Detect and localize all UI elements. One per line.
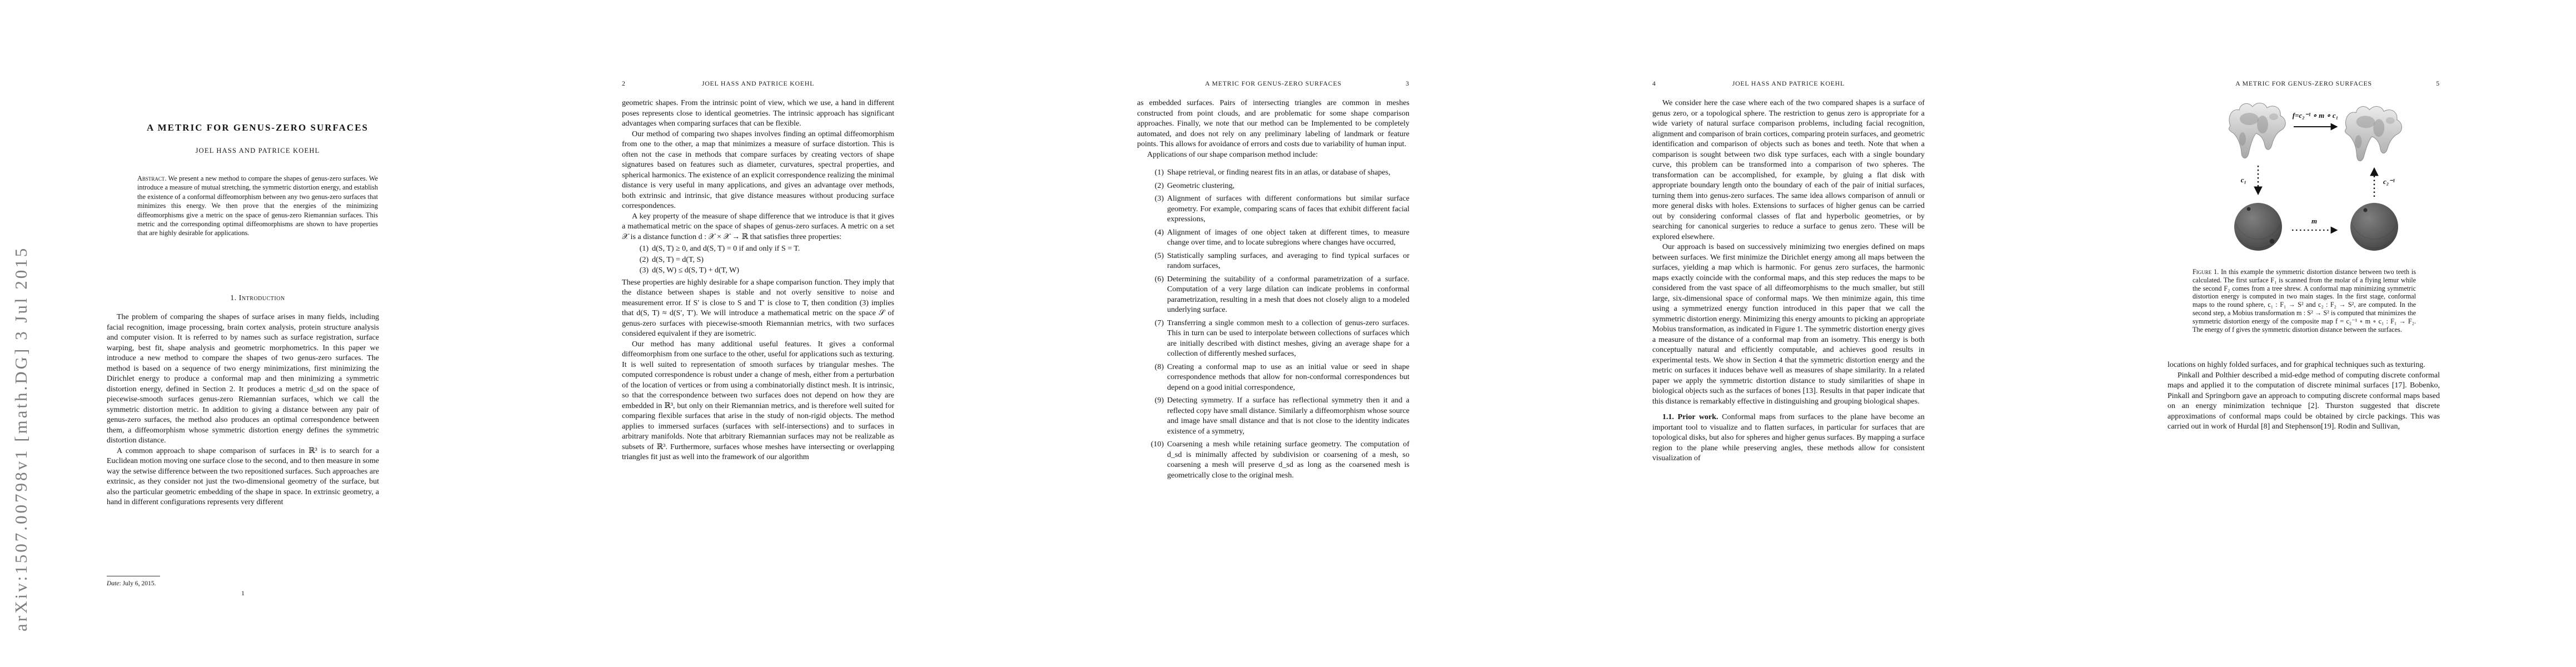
list-item-label: (2) xyxy=(626,255,649,266)
page-4: 4 JOEL HASS AND PATRICE KOEHL We conside… xyxy=(1546,0,2061,667)
date-value: : July 6, 2015. xyxy=(119,580,156,587)
list-item-label: (1) xyxy=(626,244,649,255)
running-head: 4 JOEL HASS AND PATRICE KOEHL xyxy=(1652,79,1925,88)
footnote-rule xyxy=(107,576,160,576)
sphere-left xyxy=(2234,203,2282,251)
figure-caption: Figure 1. In this example the symmetric … xyxy=(2193,268,2416,333)
list-item-text: Statistically sampling surfaces, and ave… xyxy=(1167,252,1409,271)
list-item-text: Detecting symmetry. If a surface has ref… xyxy=(1167,396,1409,436)
paragraph: A key property of the measure of shape d… xyxy=(622,212,894,243)
page-5: A METRIC FOR GENUS-ZERO SURFACES 5 xyxy=(2061,0,2576,667)
paragraph: as embedded surfaces. Pairs of intersect… xyxy=(1137,98,1409,150)
document-strip: arXiv:1507.00798v1 [math.DG] 3 Jul 2015 … xyxy=(0,0,2576,667)
list-item-text: Creating a conformal map to use as an in… xyxy=(1167,363,1409,392)
list-item-label: (5) xyxy=(1142,251,1164,262)
list-item-label: (10) xyxy=(1142,440,1164,450)
map-f-label: f=c₂⁻¹ ∘ m ∘ c₁ xyxy=(2293,111,2339,120)
running-head-authors: JOEL HASS AND PATRICE KOEHL xyxy=(1732,79,1845,87)
list-item: (10) Coarsening a mesh while retaining s… xyxy=(1137,440,1409,481)
figure-1: f=c₂⁻¹ ∘ m ∘ c₁ c₁ c₂⁻¹ xyxy=(2168,98,2440,260)
list-item: (3) d(S, W) ≤ d(S, T) + d(T, W) xyxy=(622,266,894,276)
list-item-label: (2) xyxy=(1142,181,1164,192)
page1-body: The problem of comparing the shapes of s… xyxy=(107,312,379,508)
paragraph: A common approach to shape comparison of… xyxy=(107,446,379,508)
list-item: (2) d(S, T) = d(T, S) xyxy=(622,255,894,266)
figure-caption-label: Figure 1. xyxy=(2193,268,2219,276)
tooth-mesh-right xyxy=(2344,106,2403,163)
running-head: A METRIC FOR GENUS-ZERO SURFACES 5 xyxy=(2168,79,2440,88)
list-item-label: (9) xyxy=(1142,396,1164,406)
list-item-label: (1) xyxy=(1142,168,1164,178)
list-item-label: (3) xyxy=(626,266,649,276)
folio: 3 xyxy=(1406,79,1409,88)
list-item-text: d(S, W) ≤ d(S, T) + d(T, W) xyxy=(652,266,739,275)
paragraph: We consider here the case where each of … xyxy=(1652,98,1925,242)
list-item: (7) Transferring a single common mesh to… xyxy=(1137,318,1409,360)
paragraph: These properties are highly desirable fo… xyxy=(622,278,894,340)
list-item-label: (4) xyxy=(1142,228,1164,238)
page-3: A METRIC FOR GENUS-ZERO SURFACES 3 as em… xyxy=(1030,0,1546,667)
figure-caption-text: In this example the symmetric distortion… xyxy=(2193,268,2416,333)
paragraph: locations on highly folded surfaces, and… xyxy=(2168,360,2440,371)
date-label: Date xyxy=(107,580,119,587)
section-heading-introduction: 1. Introduction xyxy=(53,294,462,303)
folio: 5 xyxy=(2436,79,2440,88)
subsection-prior-work: 1.1. Prior work. Conformal maps from sur… xyxy=(1652,412,1925,464)
page2-body: geometric shapes. From the intrinsic poi… xyxy=(622,98,894,463)
list-item-text: Determining the suitability of a conform… xyxy=(1167,275,1409,315)
metric-properties-list: (1) d(S, T) ≥ 0, and d(S, T) = 0 if and … xyxy=(622,244,894,276)
page-number: 1 xyxy=(107,589,379,598)
list-item: (3) Alignment of surfaces with different… xyxy=(1137,194,1409,225)
abstract-text: We present a new method to compare the s… xyxy=(137,175,378,237)
list-item: (9) Detecting symmetry. If a surface has… xyxy=(1137,396,1409,437)
paragraph: The problem of comparing the shapes of s… xyxy=(107,312,379,446)
list-item-text: Coarsening a mesh while retaining surfac… xyxy=(1167,440,1409,480)
list-item: (1) Shape retrieval, or finding nearest … xyxy=(1137,168,1409,178)
running-head: 2 JOEL HASS AND PATRICE KOEHL xyxy=(622,79,894,88)
list-item: (2) Geometric clustering, xyxy=(1137,181,1409,192)
map-c2-label: c₂⁻¹ xyxy=(2383,177,2395,186)
list-item: (8) Creating a conformal map to use as a… xyxy=(1137,362,1409,394)
list-item-label: (7) xyxy=(1142,318,1164,329)
abstract-label: Abstract. xyxy=(137,175,166,182)
list-item: (6) Determining the suitability of a con… xyxy=(1137,275,1409,316)
paragraph: geometric shapes. From the intrinsic poi… xyxy=(622,98,894,130)
paragraph: Our approach is based on successively mi… xyxy=(1652,242,1925,407)
abstract: Abstract. We present a new method to com… xyxy=(137,174,378,238)
list-item-text: Alignment of images of one object taken … xyxy=(1167,228,1409,247)
page5-body: locations on highly folded surfaces, and… xyxy=(2168,360,2440,432)
running-head-title: A METRIC FOR GENUS-ZERO SURFACES xyxy=(2235,79,2372,87)
paper-title: A METRIC FOR GENUS-ZERO SURFACES xyxy=(53,122,462,133)
folio: 2 xyxy=(622,79,626,88)
list-item: (4) Alignment of images of one object ta… xyxy=(1137,228,1409,248)
paragraph: Applications of our shape comparison met… xyxy=(1137,150,1409,161)
subsection-label: 1.1. Prior work. xyxy=(1662,413,1718,421)
list-item-label: (3) xyxy=(1142,194,1164,205)
list-item-text: Shape retrieval, or finding nearest fits… xyxy=(1167,168,1391,177)
paragraph: Pinkall and Polthier described a mid-edg… xyxy=(2168,371,2440,432)
running-head-authors: JOEL HASS AND PATRICE KOEHL xyxy=(702,79,814,87)
list-item-text: d(S, T) = d(T, S) xyxy=(652,256,704,264)
list-item: (5) Statistically sampling surfaces, and… xyxy=(1137,251,1409,272)
folio: 4 xyxy=(1652,79,1656,88)
sphere-right xyxy=(2350,203,2398,251)
running-head: A METRIC FOR GENUS-ZERO SURFACES 3 xyxy=(1137,79,1409,88)
applications-list: (1) Shape retrieval, or finding nearest … xyxy=(1137,168,1409,481)
arxiv-watermark: arXiv:1507.00798v1 [math.DG] 3 Jul 2015 xyxy=(11,246,31,631)
list-item-label: (8) xyxy=(1142,362,1164,373)
page-1: arXiv:1507.00798v1 [math.DG] 3 Jul 2015 … xyxy=(0,0,515,667)
figure-1-diagram: f=c₂⁻¹ ∘ m ∘ c₁ c₁ c₂⁻¹ xyxy=(2168,98,2440,260)
list-item-text: Transferring a single common mesh to a c… xyxy=(1167,319,1409,359)
tooth-mesh-left xyxy=(2229,103,2286,158)
map-c1-label: c₁ xyxy=(2241,176,2246,184)
page4-body: We consider here the case where each of … xyxy=(1652,98,1925,464)
running-head-title: A METRIC FOR GENUS-ZERO SURFACES xyxy=(1205,79,1342,87)
paragraph: Our method has many additional useful fe… xyxy=(622,340,894,463)
paragraph: Our method of comparing two shapes invol… xyxy=(622,130,894,212)
list-item: (1) d(S, T) ≥ 0, and d(S, T) = 0 if and … xyxy=(622,244,894,255)
page3-body: as embedded surfaces. Pairs of intersect… xyxy=(1137,98,1409,484)
date-footnote: Date: July 6, 2015. xyxy=(107,580,379,587)
list-item-text: Geometric clustering, xyxy=(1167,182,1234,190)
page-2: 2 JOEL HASS AND PATRICE KOEHL geometric … xyxy=(515,0,1030,667)
list-item-text: Alignment of surfaces with different con… xyxy=(1167,195,1409,223)
map-m-label: m xyxy=(2311,217,2317,225)
authors-line: JOEL HASS AND PATRICE KOEHL xyxy=(53,147,462,155)
list-item-text: d(S, T) ≥ 0, and d(S, T) = 0 if and only… xyxy=(652,245,800,253)
list-item-label: (6) xyxy=(1142,275,1164,285)
